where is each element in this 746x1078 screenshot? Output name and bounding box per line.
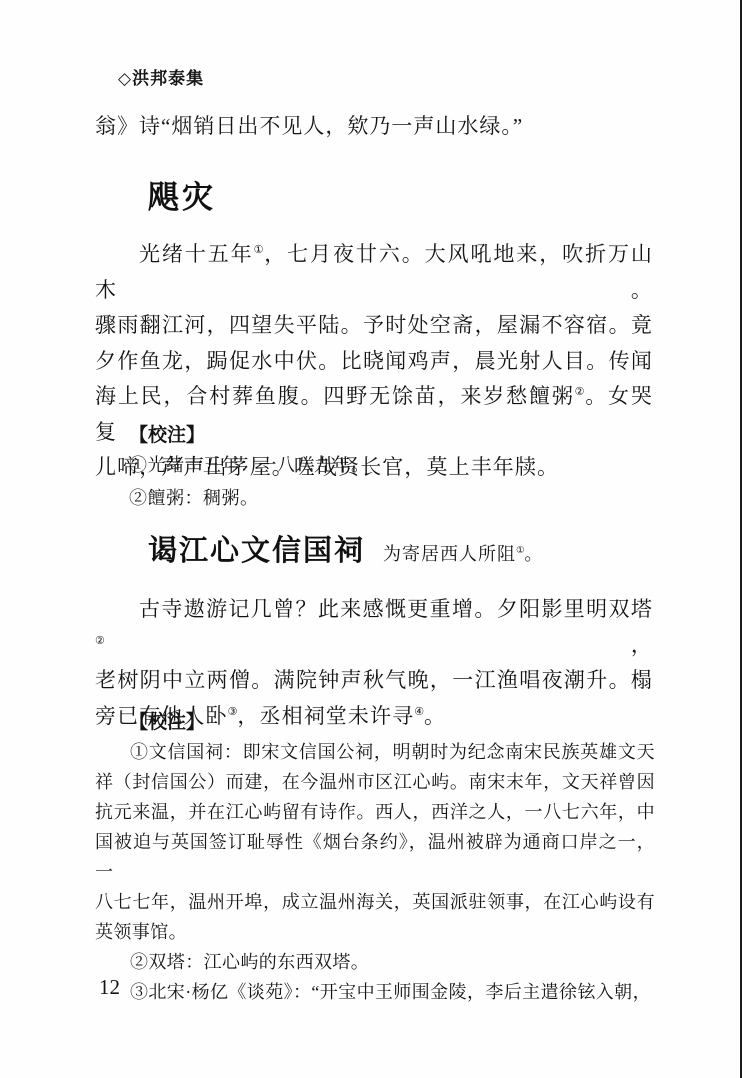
note-line: ②双塔：江心屿的东西双塔。	[95, 947, 655, 977]
poem-subtitle: 为寄居西人所阻①。	[383, 540, 543, 566]
text-segment: 。	[524, 544, 543, 564]
note-line: ①文信国祠：即宋文信国公祠，明朝时为纪念南宋民族英雄文天	[95, 737, 655, 767]
notes-label-jufeng: 【校注】	[129, 420, 205, 447]
footnote-ref: ②	[95, 635, 631, 647]
text-segment: 海上民，合村葬鱼腹。四野无馀苗，来岁愁饘粥	[95, 384, 575, 408]
text-segment: ①文信国祠：即宋文信国公祠，明朝时为纪念南宋民族英雄文天	[130, 742, 655, 762]
note-line: 祥（封信国公）而建，在今温州市区江心屿。南宋末年，文天祥曾因	[95, 767, 655, 797]
page-number: 12	[99, 975, 120, 1000]
footnote-ref: ②	[575, 386, 586, 398]
text-segment: 八七七年，温州开埠，成立温州海关，英国派驻领事，在江心屿设有	[95, 892, 655, 912]
note-line: 八七七年，温州开埠，成立温州海关，英国派驻领事，在江心屿设有	[95, 887, 655, 917]
text-segment: 古寺遨游记几曾？此来感慨更重增。夕阳影里明双塔	[139, 597, 653, 621]
text-segment: 老树阴中立两僧。满院钟声秋气晚，一江渔唱夜潮升。榻	[95, 668, 653, 692]
text-segment: 抗元来温，并在江心屿留有诗作。西人，西洋之人，一八七六年，中	[95, 802, 655, 822]
poem-title-yejiangxin: 谒江心文信国祠	[148, 528, 365, 569]
poem-line: 光绪十五年①，七月夜廿六。大风吼地来，吹折万山木。	[95, 237, 653, 308]
text-segment: ，	[631, 633, 653, 657]
note-line: ②饘粥：稠粥。	[129, 482, 370, 515]
poem-title-jufeng: 飓灾	[148, 172, 216, 217]
poem-title-row: 谒江心文信国祠 为寄居西人所阻①。	[148, 528, 543, 569]
footnote-ref: ④	[414, 706, 424, 718]
footnote-ref: ①	[254, 244, 265, 256]
text-segment: 英领事馆。	[95, 922, 187, 942]
text-segment: 骤雨翻江河，四望失平陆。予时处空斋，屋漏不容宿。竟	[95, 313, 653, 337]
notes-label-yejiangxin: 【校注】	[129, 707, 205, 734]
text-segment: 国被迫与英国签订耻辱性《烟台条约》，温州被辟为通商口岸之一，一	[95, 832, 655, 882]
note-line: 抗元来温，并在江心屿留有诗作。西人，西洋之人，一八七六年，中	[95, 797, 655, 827]
page-edge-scan-line	[740, 0, 742, 1078]
note-line: 国被迫与英国签订耻辱性《烟台条约》，温州被辟为通商口岸之一，一	[95, 827, 655, 887]
text-segment: 祥（封信国公）而建，在今温州市区江心屿。南宋末年，文天祥曾因	[95, 772, 655, 792]
poem-line: 骤雨翻江河，四望失平陆。予时处空斋，屋漏不容宿。竟	[95, 308, 653, 344]
text-segment: ②双塔：江心屿的东西双塔。	[130, 952, 369, 972]
book-page: ◇洪邦泰集 翁》诗“烟销日出不见人，欸乃一声山水绿。” 飓灾 光绪十五年①，七月…	[0, 0, 746, 1078]
text-segment: 。	[424, 704, 446, 728]
running-header: ◇洪邦泰集	[118, 64, 204, 89]
poem-line: 夕作鱼龙，跼促水中伏。比晓闻鸡声，晨光射人目。传闻	[95, 344, 653, 380]
text-segment: ，丞相祠堂未许寻	[237, 704, 414, 728]
text-segment: 为寄居西人所阻	[383, 544, 516, 564]
poem-line: 老树阴中立两僧。满院钟声秋气晚，一江渔唱夜潮升。榻	[95, 663, 653, 699]
text-segment: 夕作鱼龙，跼促水中伏。比晓闻鸡声，晨光射人目。传闻	[95, 349, 653, 373]
notes-jufeng: ①光绪十五年：一八八九年。 ②饘粥：稠粥。	[129, 449, 370, 514]
text-segment: ③北宋·杨亿《谈苑》：“开宝中王师围金陵，李后主遣徐铉入朝，	[130, 982, 651, 1002]
carryover-text-line: 翁》诗“烟销日出不见人，欸乃一声山水绿。”	[95, 110, 523, 140]
notes-yejiangxin: ①文信国祠：即宋文信国公祠，明朝时为纪念南宋民族英雄文天祥（封信国公）而建，在今…	[95, 737, 655, 1007]
note-line: ③北宋·杨亿《谈苑》：“开宝中王师围金陵，李后主遣徐铉入朝，	[95, 977, 655, 1007]
text-segment: 光绪十五年	[139, 242, 254, 266]
note-line: 英领事馆。	[95, 917, 655, 947]
footnote-ref: ③	[228, 706, 238, 718]
note-line: ①光绪十五年：一八八九年。	[129, 449, 370, 482]
poem-line: 古寺遨游记几曾？此来感慨更重增。夕阳影里明双塔②，	[95, 592, 653, 663]
